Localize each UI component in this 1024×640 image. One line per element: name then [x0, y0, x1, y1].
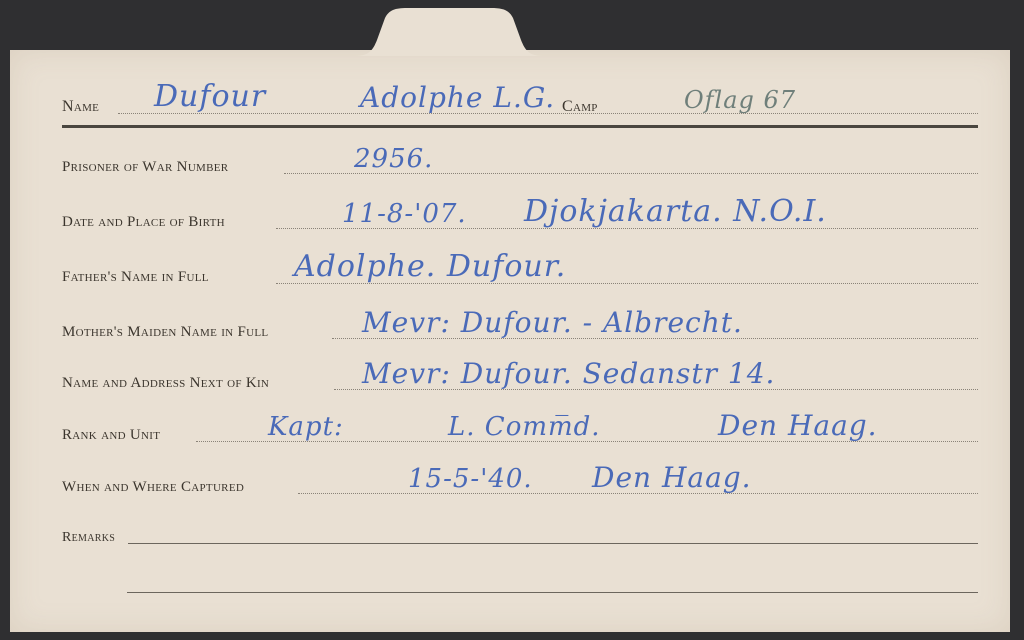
- next-of-kin-value: Mevr: Dufour. Sedanstr 14.: [362, 357, 775, 390]
- captured-place: Den Haag.: [592, 461, 752, 494]
- remarks-row: Remarks: [62, 520, 978, 550]
- name-row: Name Dufour Adolphe L.G. Camp Oflag 67: [62, 90, 978, 120]
- next-of-kin-label: Name and Address Next of Kin: [62, 375, 269, 392]
- birth-place: Djokjakarta. N.O.I.: [524, 194, 827, 229]
- name-underline: [62, 125, 978, 128]
- pow-number-value: 2956.: [354, 144, 433, 174]
- pow-number-label: Prisoner of War Number: [62, 159, 228, 176]
- rank-unit-label: Rank and Unit: [62, 427, 160, 444]
- remarks-label: Remarks: [62, 530, 115, 546]
- captured-date: 15-5-'40.: [408, 464, 533, 494]
- captured-row: When and Where Captured 15-5-'40. Den Ha…: [62, 470, 978, 500]
- birth-label: Date and Place of Birth: [62, 214, 225, 231]
- captured-label: When and Where Captured: [62, 479, 244, 496]
- birth-row: Date and Place of Birth 11-8-'07. Djokja…: [62, 205, 978, 235]
- camp-value: Oflag 67: [684, 86, 796, 114]
- name-label: Name: [62, 98, 99, 116]
- name-surname: Dufour: [154, 79, 266, 114]
- pow-number-row: Prisoner of War Number 2956.: [62, 150, 978, 180]
- next-of-kin-row: Name and Address Next of Kin Mevr: Dufou…: [62, 366, 978, 396]
- remarks-line-2: [127, 592, 978, 593]
- unit-place: Den Haag.: [718, 409, 878, 442]
- birth-date: 11-8-'07.: [342, 199, 467, 229]
- mother-row: Mother's Maiden Name in Full Mevr: Dufou…: [62, 315, 978, 345]
- card-tab: [355, 6, 543, 56]
- name-given: Adolphe L.G.: [360, 81, 555, 114]
- father-label: Father's Name in Full: [62, 269, 209, 286]
- mother-value: Mevr: Dufour. - Albrecht.: [362, 306, 743, 339]
- unit-value: L. Comm̅d.: [448, 412, 601, 442]
- father-row: Father's Name in Full Adolphe. Dufour.: [62, 260, 978, 290]
- father-value: Adolphe. Dufour.: [294, 249, 566, 284]
- rank-value: Kapt:: [268, 412, 344, 442]
- camp-label: Camp: [562, 98, 598, 116]
- remarks-line-1: [128, 543, 978, 544]
- rank-unit-row: Rank and Unit Kapt: L. Comm̅d. Den Haag.: [62, 418, 978, 448]
- mother-label: Mother's Maiden Name in Full: [62, 324, 268, 341]
